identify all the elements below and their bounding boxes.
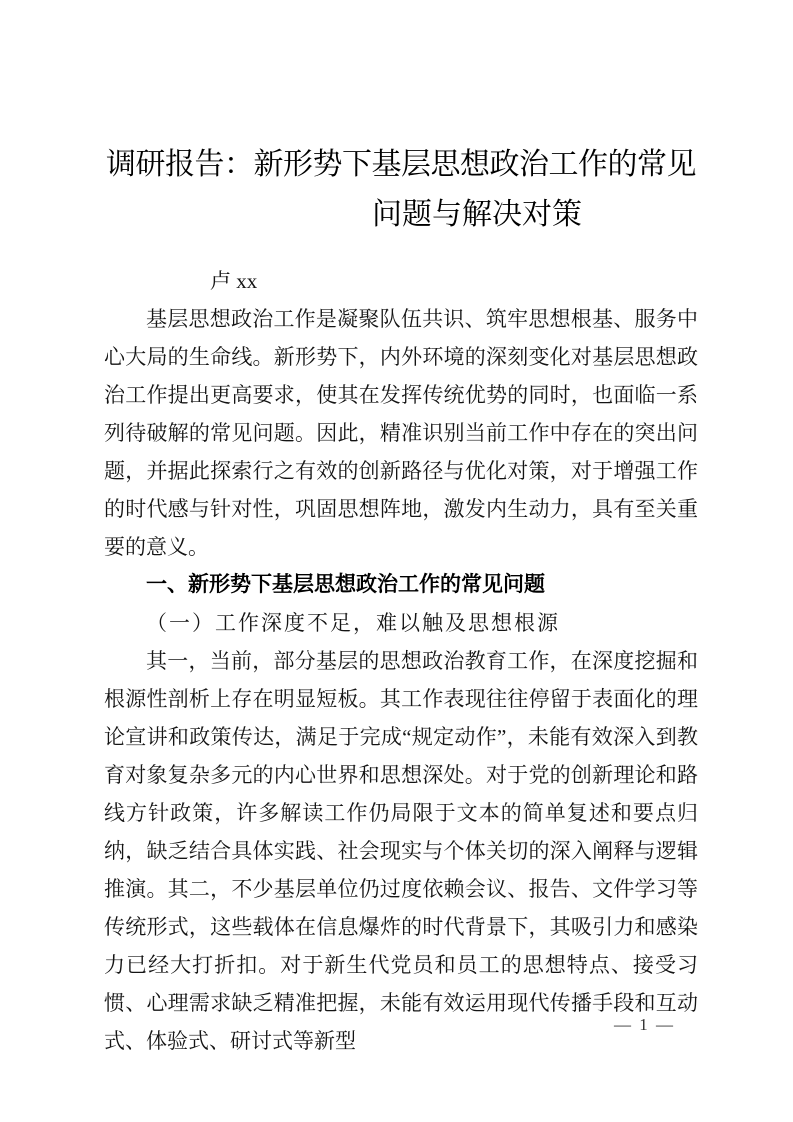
document-title: 调研报告：新形势下基层思想政治工作的常见 问题与解决对策 (104, 140, 698, 240)
section-heading-1: 一、新形势下基层思想政治工作的常见问题 (104, 566, 698, 604)
document-content: 调研报告：新形势下基层思想政治工作的常见 问题与解决对策 卢 xx 基层思想政治… (104, 140, 698, 1060)
page-number: — 1 — (614, 1014, 675, 1036)
subsection-heading-1: （一）工作深度不足，难以触及思想根源 (104, 604, 698, 642)
intro-paragraph: 基层思想政治工作是凝聚队伍共识、筑牢思想根基、服务中心大局的生命线。新形势下，内… (104, 300, 698, 566)
title-line-2: 问题与解决对策 (104, 190, 698, 240)
author-line: 卢 xx (104, 262, 698, 300)
document-page: 调研报告：新形势下基层思想政治工作的常见 问题与解决对策 卢 xx 基层思想政治… (0, 0, 793, 1122)
title-line-1: 调研报告：新形势下基层思想政治工作的常见 (104, 140, 698, 190)
body-paragraph-1: 其一，当前，部分基层的思想政治教育工作，在深度挖掘和根源性剖析上存在明显短板。其… (104, 642, 698, 1060)
